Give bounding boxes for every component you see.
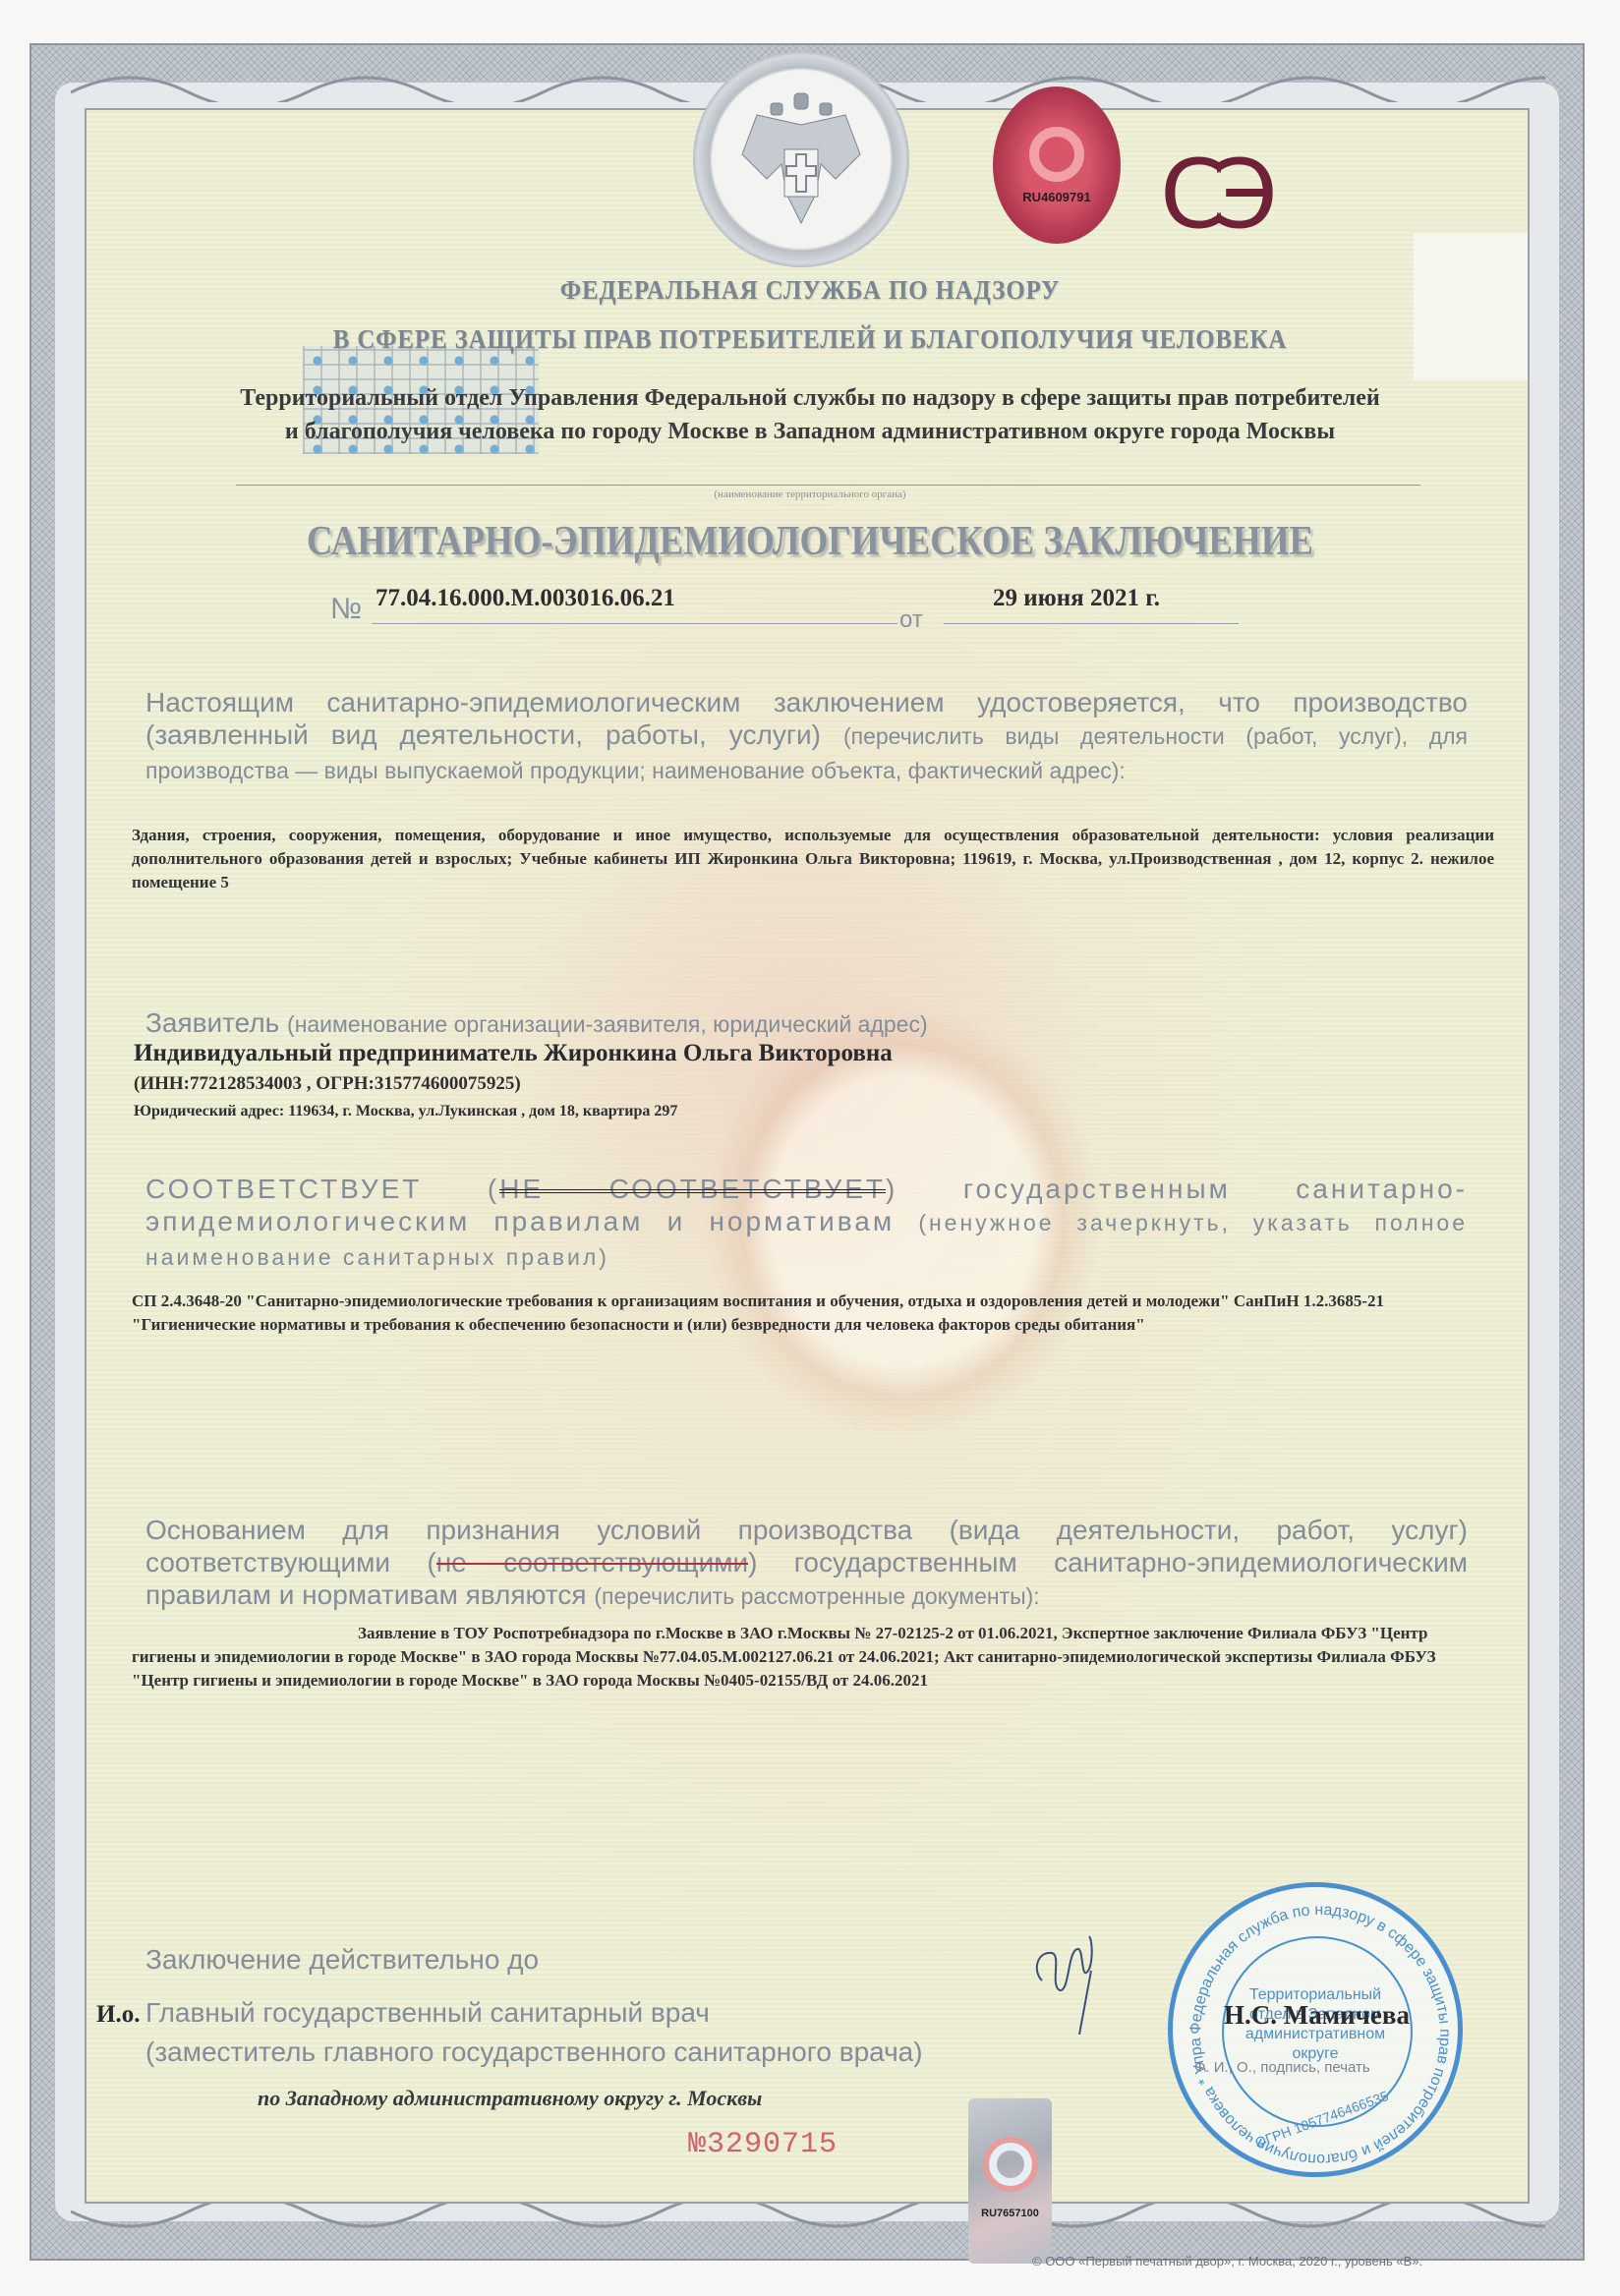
blank-field <box>1414 233 1530 380</box>
document-number: 77.04.16.000.M.003016.06.21 <box>376 585 675 612</box>
basis-hint: (перечислить рассмотренные документы): <box>594 1583 1039 1609</box>
basis-paragraph: Основанием для признания условий произво… <box>145 1514 1468 1613</box>
document-date: 29 июня 2021 г. <box>993 585 1160 612</box>
basis-documents: Заявление в ТОУ Роспотребнадзора по г.Мо… <box>132 1622 1488 1693</box>
form-serial-number: №3290715 <box>688 2128 838 2161</box>
agency-line-2: В СФЕРЕ ЗАЩИТЫ ПРАВ ПОТРЕБИТЕЛЕЙ И БЛАГО… <box>65 324 1555 355</box>
se-mark-logo: СЭ <box>1160 147 1264 242</box>
double-headed-eagle-icon <box>737 86 865 233</box>
conformity-paragraph: СООТВЕТСТВУЕТ (НЕ СООТВЕТСТВУЕТ) государ… <box>145 1173 1468 1274</box>
conformity-complies: СООТВЕТСТВУЕТ ( <box>145 1174 499 1204</box>
hologram-seal: RU4609791 <box>993 86 1121 244</box>
applicant-address: Юридический адрес: 119634, г. Москва, ул… <box>134 1103 677 1120</box>
signature <box>1032 1931 1101 2039</box>
activity-description: Здания, строения, сооружения, помещения,… <box>132 824 1494 894</box>
signer-caption: Ф. И., О., подпись, печать <box>1194 2059 1370 2076</box>
applicant-label-row: Заявитель (наименование организации-заяв… <box>145 1006 1325 1041</box>
territorial-rule <box>236 485 1420 486</box>
acting-prefix: И.о. <box>96 2001 140 2029</box>
applicant-ids: (ИНН:772128534003 , ОГРН:315774600075925… <box>134 1073 521 1095</box>
coat-of-arms-emblem <box>693 51 909 267</box>
sticker-c-icon <box>989 2143 1032 2186</box>
hologram-serial: RU4609791 <box>1022 190 1090 204</box>
deputy-title: (заместитель главного государственного с… <box>145 2037 923 2068</box>
territorial-line-1: Территориальный отдел Управления Федерал… <box>0 381 1620 415</box>
agency-line-1: ФЕДЕРАЛЬНАЯ СЛУЖБА ПО НАДЗОРУ <box>65 275 1555 306</box>
printer-note: © ООО «Первый печатный двор», г. Москва,… <box>1032 2254 1422 2268</box>
hologram-c-icon <box>1029 127 1084 182</box>
territorial-line-2: и благополучия человека по городу Москве… <box>0 415 1620 448</box>
territorial-caption: (наименование территориального органа) <box>0 488 1620 500</box>
number-sign: № <box>330 593 362 626</box>
basis-struck: не соответствующими <box>436 1547 748 1578</box>
conformity-not-complies-struck: НЕ СООТВЕТСТВУЕТ <box>499 1174 886 1204</box>
valid-until-label: Заключение действительно до <box>145 1944 539 1976</box>
number-underline <box>372 623 897 624</box>
chief-doctor-title: Главный государственный санитарный врач <box>145 1997 710 2029</box>
border-wave-bottom <box>71 2202 1545 2241</box>
signer-name: Н.С. Мамичева <box>1224 2000 1410 2031</box>
sanitary-rules: СП 2.4.3648-20 "Санитарно-эпидемиологиче… <box>132 1290 1478 1337</box>
applicant-hint: (наименование организации-заявителя, юри… <box>287 1011 928 1037</box>
date-label: от <box>899 606 923 634</box>
applicant-label: Заявитель <box>145 1007 279 1038</box>
conformity-rest-2: эпидемиологическим правилам и нормативам <box>145 1206 895 1236</box>
date-underline <box>944 623 1239 624</box>
district-name: по Западному административному округу г.… <box>258 2086 762 2111</box>
document-title: САНИТАРНО-ЭПИДЕМИОЛОГИЧЕСКОЕ ЗАКЛЮЧЕНИЕ <box>97 518 1523 565</box>
certifies-paragraph: Настоящим санитарно-эпидемиологическим з… <box>145 686 1468 787</box>
hologram-sticker: RU7657100 <box>968 2098 1052 2264</box>
sticker-serial: RU7657100 <box>981 2208 1039 2219</box>
conformity-rest-1: ) государственным санитарно- <box>886 1174 1468 1204</box>
applicant-name: Индивидуальный предприниматель Жиронкина… <box>134 1040 893 1067</box>
